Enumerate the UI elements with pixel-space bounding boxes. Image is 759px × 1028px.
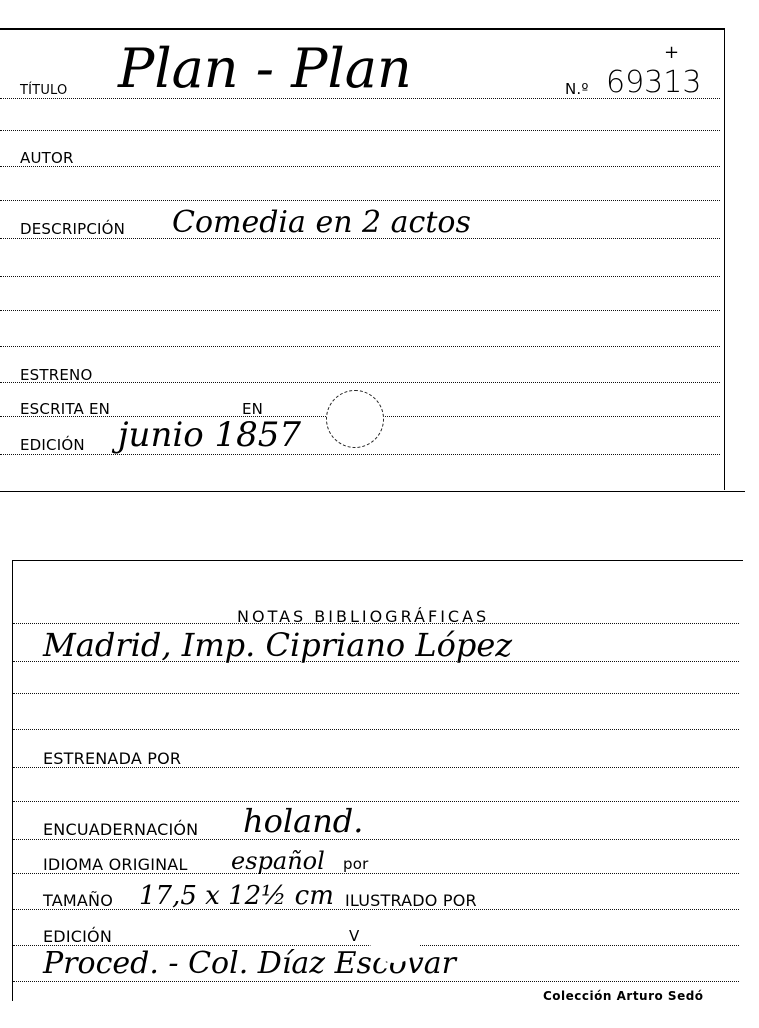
blank-line	[0, 200, 720, 201]
idioma-label: IDIOMA ORIGINAL	[43, 857, 188, 873]
blank-line	[13, 729, 739, 730]
autor-label: AUTOR	[20, 151, 74, 166]
blank-line	[0, 130, 720, 131]
descripcion-label: DESCRIPCIÓN	[20, 222, 125, 237]
punch-hole	[326, 390, 384, 448]
punch-hole	[369, 911, 421, 963]
blank-line	[0, 346, 720, 347]
edicion-label: EDICIÓN	[20, 438, 85, 453]
tamano-label: TAMAÑO	[43, 893, 113, 909]
idioma-value: español	[231, 849, 325, 873]
notas-value: Madrid, Imp. Cipriano López	[43, 629, 512, 661]
edicion-line	[0, 454, 720, 455]
titulo-value: Plan - Plan	[118, 42, 412, 96]
edicion-value: junio 1857	[118, 418, 301, 452]
card-separator	[0, 491, 745, 492]
notas-line	[13, 623, 739, 624]
tamano-value: 17,5 x 12½ cm	[139, 883, 334, 909]
numero-value: 69313	[606, 68, 701, 98]
catalog-card-front: TÍTULO Plan - Plan N.º 69313 + AUTOR DES…	[0, 28, 725, 490]
titulo-label: TÍTULO	[20, 84, 67, 97]
procedencia-line	[13, 981, 739, 982]
notas-value-line	[13, 661, 739, 662]
estrenada-por-label: ESTRENADA POR	[43, 751, 181, 767]
edicion-label: EDICIÓN	[43, 929, 112, 945]
escrita-en-label: ESCRITA EN	[20, 402, 110, 417]
blank-line	[0, 276, 720, 277]
ilustrado-por-label: ILUSTRADO POR	[345, 893, 477, 909]
blank-line	[0, 310, 720, 311]
numero-label: N.º	[565, 82, 589, 97]
encuadernacion-line	[13, 839, 739, 840]
blank-line	[13, 801, 739, 802]
v-label: V	[349, 929, 359, 944]
autor-line	[0, 166, 720, 167]
estreno-label: ESTRENO	[20, 368, 93, 383]
por-label: por	[343, 857, 368, 872]
estreno-line	[0, 382, 720, 383]
encuadernacion-value: holand.	[243, 805, 363, 837]
catalog-card-back: NOTAS BIBLIOGRÁFICAS Madrid, Imp. Cipria…	[12, 560, 743, 1001]
blank-line	[13, 693, 739, 694]
encuadernacion-label: ENCUADERNACIÓN	[43, 822, 198, 838]
numero-mark: +	[664, 44, 679, 62]
descripcion-value: Comedia en 2 actos	[172, 208, 471, 238]
collection-footer: Colección Arturo Sedó	[543, 989, 704, 1003]
